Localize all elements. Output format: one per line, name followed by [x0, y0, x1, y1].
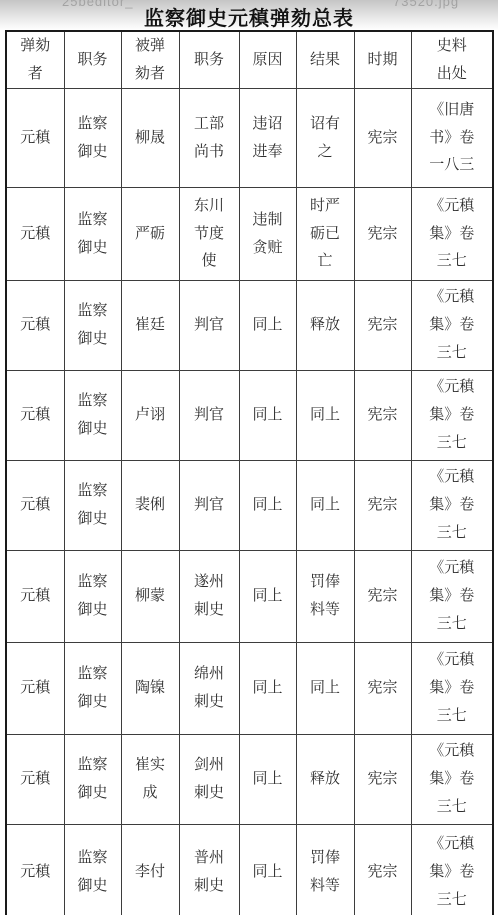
table-cell: 释放	[296, 280, 354, 370]
table-cell: 陶镍	[121, 642, 179, 734]
table-cell: 《元稹 集》卷 三七	[411, 824, 493, 915]
header-row: 弹劾 者职务被弹 劾者职务原因结果时期史料 出处	[6, 31, 493, 88]
table-cell: 元稹	[6, 187, 64, 280]
table-row: 元稹监察 御史李付普州 刺史同上罚俸 料等宪宗《元稹 集》卷 三七	[6, 824, 493, 915]
table-cell: 同上	[296, 370, 354, 460]
table-cell: 同上	[239, 734, 296, 824]
table-cell: 时严 砺已 亡	[296, 187, 354, 280]
table-cell: 李付	[121, 824, 179, 915]
table-cell: 绵州 刺史	[179, 642, 239, 734]
table-cell: 宪宗	[354, 280, 411, 370]
table-cell: 裴俐	[121, 460, 179, 550]
header-cell: 原因	[239, 31, 296, 88]
table-row: 元稹监察 御史陶镍绵州 刺史同上同上宪宗《元稹 集》卷 三七	[6, 642, 493, 734]
table-cell: 《元稹 集》卷 三七	[411, 460, 493, 550]
table-row: 元稹监察 御史裴俐判官同上同上宪宗《元稹 集》卷 三七	[6, 460, 493, 550]
table-cell: 元稹	[6, 642, 64, 734]
table-cell: 宪宗	[354, 550, 411, 642]
table-cell: 元稹	[6, 734, 64, 824]
table-cell: 违诏 进奉	[239, 88, 296, 187]
table-cell: 同上	[239, 824, 296, 915]
header-cell: 时期	[354, 31, 411, 88]
table-cell: 剑州 刺史	[179, 734, 239, 824]
table-cell: 释放	[296, 734, 354, 824]
table-cell: 监察 御史	[64, 734, 121, 824]
header-cell: 弹劾 者	[6, 31, 64, 88]
table-cell: 同上	[239, 642, 296, 734]
table-cell: 崔廷	[121, 280, 179, 370]
table-cell: 同上	[296, 642, 354, 734]
table-cell: 元稹	[6, 550, 64, 642]
table-row: 元稹监察 御史卢诩判官同上同上宪宗《元稹 集》卷 三七	[6, 370, 493, 460]
table-cell: 宪宗	[354, 642, 411, 734]
table-cell: 罚俸 料等	[296, 824, 354, 915]
table-cell: 元稹	[6, 370, 64, 460]
table-cell: 监察 御史	[64, 187, 121, 280]
table-cell: 柳蒙	[121, 550, 179, 642]
table-cell: 宪宗	[354, 824, 411, 915]
table-row: 元稹监察 御史崔实 成剑州 刺史同上释放宪宗《元稹 集》卷 三七	[6, 734, 493, 824]
table-cell: 工部 尚书	[179, 88, 239, 187]
table-cell: 监察 御史	[64, 642, 121, 734]
table-cell: 元稹	[6, 824, 64, 915]
table-cell: 宪宗	[354, 88, 411, 187]
table-body: 元稹监察 御史柳晟工部 尚书违诏 进奉诏有 之宪宗《旧唐 书》卷 一八三元稹监察…	[6, 88, 493, 915]
table-cell: 判官	[179, 370, 239, 460]
table-cell: 宪宗	[354, 370, 411, 460]
table-cell: 宪宗	[354, 734, 411, 824]
table-cell: 同上	[239, 460, 296, 550]
table-row: 元稹监察 御史柳蒙遂州 刺史同上罚俸 料等宪宗《元稹 集》卷 三七	[6, 550, 493, 642]
table-cell: 判官	[179, 280, 239, 370]
table-cell: 违制 贪赃	[239, 187, 296, 280]
page-title: 监察御史元稹弹劾总表	[0, 2, 498, 31]
table-cell: 监察 御史	[64, 550, 121, 642]
table-cell: 监察 御史	[64, 460, 121, 550]
header-cell: 结果	[296, 31, 354, 88]
table-row: 元稹监察 御史严砺东川 节度 使违制 贪赃时严 砺已 亡宪宗《元稹 集》卷 三七	[6, 187, 493, 280]
header-cell: 被弹 劾者	[121, 31, 179, 88]
table-cell: 普州 刺史	[179, 824, 239, 915]
table-cell: 诏有 之	[296, 88, 354, 187]
table-cell: 《旧唐 书》卷 一八三	[411, 88, 493, 187]
header-cell: 史料 出处	[411, 31, 493, 88]
table-cell: 《元稹 集》卷 三七	[411, 550, 493, 642]
table-cell: 宪宗	[354, 187, 411, 280]
table-cell: 东川 节度 使	[179, 187, 239, 280]
table-container: 弹劾 者职务被弹 劾者职务原因结果时期史料 出处 元稹监察 御史柳晟工部 尚书违…	[5, 30, 494, 915]
table-cell: 《元稹 集》卷 三七	[411, 370, 493, 460]
table-cell: 同上	[239, 550, 296, 642]
table-row: 元稹监察 御史崔廷判官同上释放宪宗《元稹 集》卷 三七	[6, 280, 493, 370]
table-cell: 严砺	[121, 187, 179, 280]
table-cell: 同上	[296, 460, 354, 550]
table-cell: 元稹	[6, 460, 64, 550]
table-cell: 遂州 刺史	[179, 550, 239, 642]
table-cell: 罚俸 料等	[296, 550, 354, 642]
table-cell: 同上	[239, 370, 296, 460]
header-cell: 职务	[179, 31, 239, 88]
table-cell: 元稹	[6, 280, 64, 370]
table-cell: 卢诩	[121, 370, 179, 460]
table-cell: 崔实 成	[121, 734, 179, 824]
table-cell: 《元稹 集》卷 三七	[411, 280, 493, 370]
table-cell: 元稹	[6, 88, 64, 187]
header-cell: 职务	[64, 31, 121, 88]
table-cell: 监察 御史	[64, 370, 121, 460]
table-cell: 监察 御史	[64, 280, 121, 370]
table-cell: 同上	[239, 280, 296, 370]
impeachment-table: 弹劾 者职务被弹 劾者职务原因结果时期史料 出处 元稹监察 御史柳晟工部 尚书违…	[5, 30, 494, 915]
table-cell: 《元稹 集》卷 三七	[411, 734, 493, 824]
table-cell: 《元稹 集》卷 三七	[411, 187, 493, 280]
table-cell: 判官	[179, 460, 239, 550]
table-cell: 监察 御史	[64, 88, 121, 187]
table-cell: 柳晟	[121, 88, 179, 187]
table-cell: 《元稹 集》卷 三七	[411, 642, 493, 734]
table-cell: 监察 御史	[64, 824, 121, 915]
table-cell: 宪宗	[354, 460, 411, 550]
table-row: 元稹监察 御史柳晟工部 尚书违诏 进奉诏有 之宪宗《旧唐 书》卷 一八三	[6, 88, 493, 187]
page-root: 25beditor_ 73520.jpg 监察御史元稹弹劾总表 弹劾 者职务被弹…	[0, 0, 498, 915]
